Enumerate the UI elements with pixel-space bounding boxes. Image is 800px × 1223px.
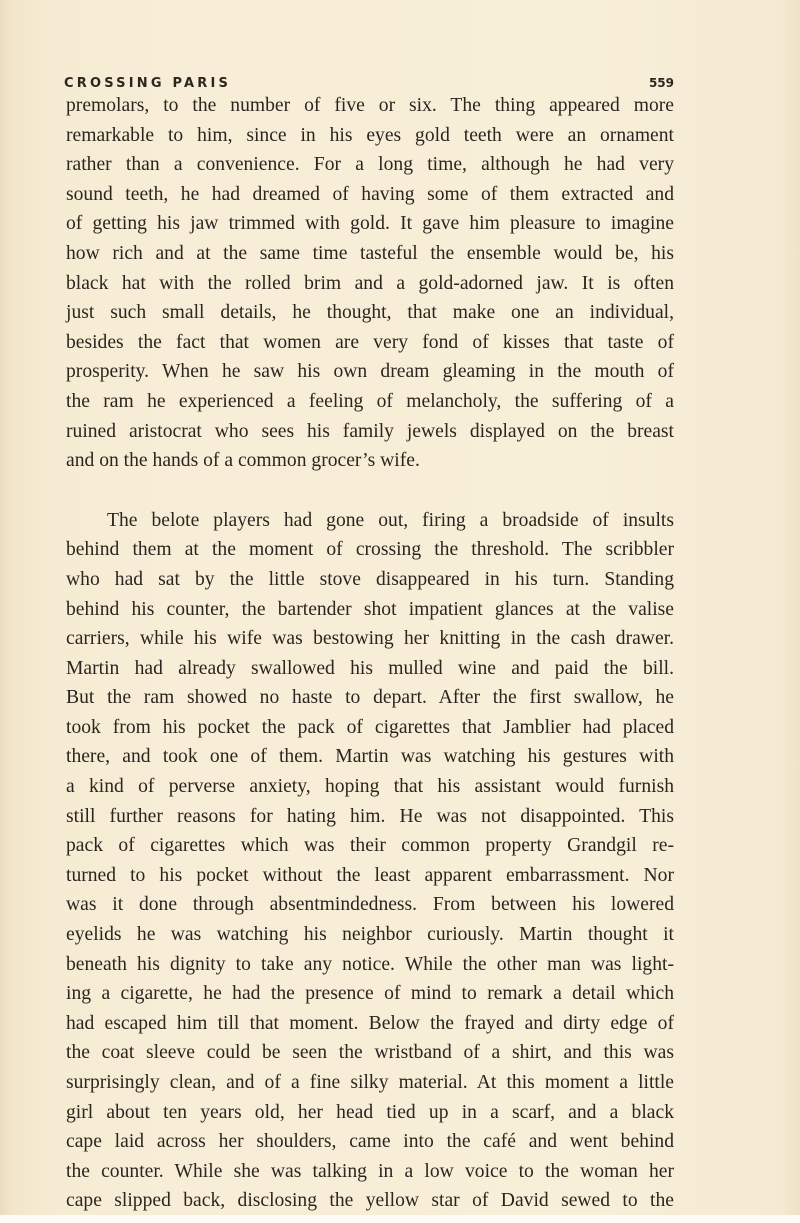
text-line: pack of cigarettes which was their commo… (66, 831, 674, 861)
text-line: there, and took one of them. Martin was … (66, 742, 674, 772)
page-bottom-edge (0, 1215, 800, 1223)
text-line: black hat with the rolled brim and a gol… (66, 269, 674, 299)
text-line: the coat sleeve could be seen the wristb… (66, 1038, 674, 1068)
text-line: and on the hands of a common grocer’s wi… (66, 446, 674, 476)
text-line: remarkable to him, since in his eyes gol… (66, 121, 674, 151)
text-line: had escaped him till that moment. Below … (66, 1009, 674, 1039)
text-line: a kind of perverse anxiety, hoping that … (66, 772, 674, 802)
text-line: premolars, to the number of five or six.… (66, 91, 674, 121)
text-line: was it done through absentmindedness. Fr… (66, 890, 674, 920)
text-line: surprisingly clean, and of a fine silky … (66, 1068, 674, 1098)
text-line: cape slipped back, disclosing the yellow… (66, 1186, 674, 1216)
paragraph-2: The belote players had gone out, firing … (66, 506, 674, 1216)
text-line: carriers, while his wife was bestowing h… (66, 624, 674, 654)
text-line: just such small details, he thought, tha… (66, 298, 674, 328)
text-line: beneath his dignity to take any notice. … (66, 950, 674, 980)
text-line: rather than a convenience. For a long ti… (66, 150, 674, 180)
text-line: But the ram showed no haste to depart. A… (66, 683, 674, 713)
text-line: the counter. While she was talking in a … (66, 1157, 674, 1187)
text-line: The belote players had gone out, firing … (66, 506, 674, 536)
page-body: premolars, to the number of five or six.… (66, 91, 674, 1216)
text-line: ruined aristocrat who sees his family je… (66, 417, 674, 447)
text-line: turned to his pocket without the least a… (66, 861, 674, 891)
text-line: behind them at the moment of crossing th… (66, 535, 674, 565)
text-line: eyelids he was watching his neighbor cur… (66, 920, 674, 950)
text-line: girl about ten years old, her head tied … (66, 1098, 674, 1128)
page-number: 559 (649, 76, 674, 90)
text-line: sound teeth, he had dreamed of having so… (66, 180, 674, 210)
text-line: took from his pocket the pack of cigaret… (66, 713, 674, 743)
text-line: prosperity. When he saw his own dream gl… (66, 357, 674, 387)
text-line: besides the fact that women are very fon… (66, 328, 674, 358)
running-title: CROSSING PARIS (64, 76, 231, 91)
text-line: ing a cigarette, he had the presence of … (66, 979, 674, 1009)
paragraph-break (66, 476, 674, 506)
paragraph-1: premolars, to the number of five or six.… (66, 91, 674, 476)
book-page: CROSSING PARIS 559 premolars, to the num… (0, 0, 800, 1215)
text-line: Martin had already swallowed his mulled … (66, 654, 674, 684)
text-line: behind his counter, the bartender shot i… (66, 595, 674, 625)
text-line: the ram he experienced a feeling of mela… (66, 387, 674, 417)
text-line: of getting his jaw trimmed with gold. It… (66, 209, 674, 239)
text-line: still further reasons for hating him. He… (66, 802, 674, 832)
text-line: how rich and at the same time tasteful t… (66, 239, 674, 269)
text-line: who had sat by the little stove disappea… (66, 565, 674, 595)
text-line: cape laid across her shoulders, came int… (66, 1127, 674, 1157)
